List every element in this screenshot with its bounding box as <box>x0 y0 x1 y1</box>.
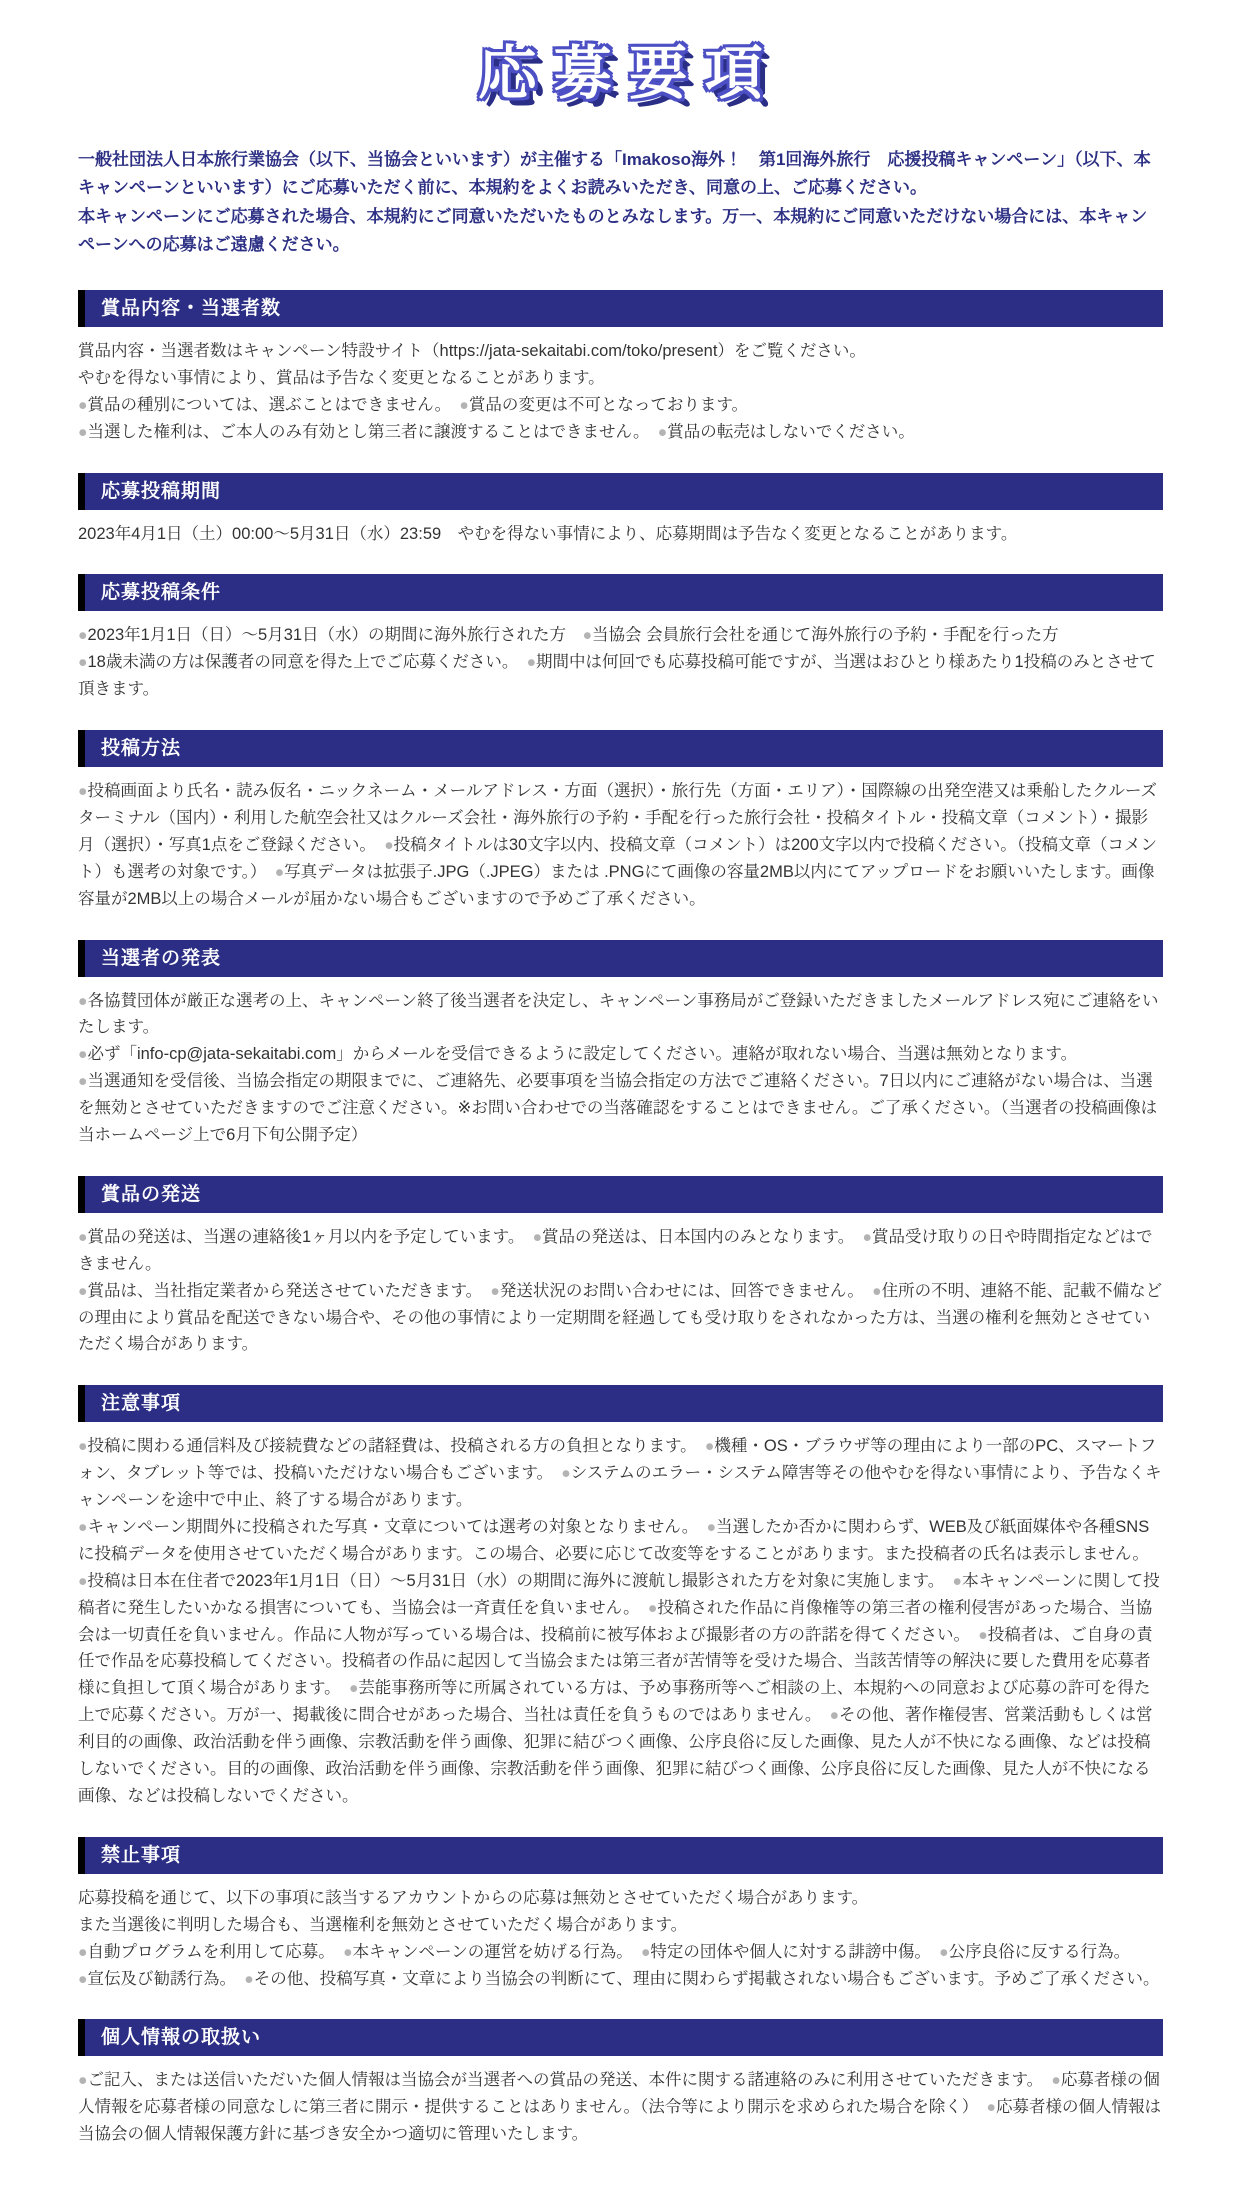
bullet-icon: ● <box>78 993 87 1010</box>
page-title: 応募要項 <box>78 42 1163 106</box>
bullet-icon: ● <box>78 1073 87 1090</box>
section-prize-contents: 賞品内容・当選者数 賞品内容・当選者数はキャンペーン特設サイト（https://… <box>78 290 1163 446</box>
bullet-icon: ● <box>658 424 667 441</box>
section-body: ●ご記入、または送信いただいた個人情報は当協会が当選者への賞品の発送、本件に関す… <box>78 2067 1163 2148</box>
bullet-icon: ● <box>78 1438 87 1455</box>
bullet-icon: ● <box>78 1229 87 1246</box>
section-entry-conditions: 応募投稿条件 ●2023年1月1日（日）～5月31日（水）の期間に海外旅行された… <box>78 574 1163 703</box>
bullet-icon: ● <box>78 2072 87 2089</box>
bullet-icon: ● <box>830 1707 839 1724</box>
bullet-icon: ● <box>78 1573 87 1590</box>
bullet-icon: ● <box>707 1519 716 1536</box>
section-body: 2023年4月1日（土）00:00～5月31日（水）23:59 やむを得ない事情… <box>78 521 1163 548</box>
bullet-icon: ● <box>533 1229 542 1246</box>
bullet-icon: ● <box>527 654 536 671</box>
section-body: ●投稿に関わる通信料及び接続費などの諸経費は、投稿される方の負担となります。 ●… <box>78 1433 1163 1809</box>
section-personal-info: 個人情報の取扱い ●ご記入、または送信いただいた個人情報は当協会が当選者への賞品… <box>78 2019 1163 2148</box>
bullet-icon: ● <box>490 1283 499 1300</box>
section-cautions: 注意事項 ●投稿に関わる通信料及び接続費などの諸経費は、投稿される方の負担となり… <box>78 1385 1163 1809</box>
bullet-icon: ● <box>78 1046 87 1063</box>
bullet-icon: ● <box>78 1283 87 1300</box>
bullet-icon: ● <box>705 1438 714 1455</box>
section-prohibited-matters: 禁止事項 応募投稿を通じて、以下の事項に該当するアカウントからの応募は無効とさせ… <box>78 1837 1163 1993</box>
section-heading-bar: 当選者の発表 <box>78 940 1163 977</box>
bullet-icon: ● <box>275 864 284 881</box>
bullet-icon: ● <box>78 783 87 800</box>
bullet-icon: ● <box>78 1971 87 1988</box>
section-heading-bar: 応募投稿条件 <box>78 574 1163 611</box>
section-heading-bar: 禁止事項 <box>78 1837 1163 1874</box>
bullet-icon: ● <box>244 1971 253 1988</box>
bullet-icon: ● <box>343 1944 352 1961</box>
section-body: ●2023年1月1日（日）～5月31日（水）の期間に海外旅行された方 ●当協会 … <box>78 622 1163 703</box>
section-heading-bar: 賞品内容・当選者数 <box>78 290 1163 327</box>
section-heading-bar: 個人情報の取扱い <box>78 2019 1163 2056</box>
bullet-icon: ● <box>459 397 468 414</box>
section-prize-shipping: 賞品の発送 ●賞品の発送は、当選の連絡後1ヶ月以内を予定しています。 ●賞品の発… <box>78 1176 1163 1358</box>
section-title: 個人情報の取扱い <box>101 2028 261 2047</box>
bullet-icon: ● <box>862 1229 871 1246</box>
section-winner-announcement: 当選者の発表 ●各協賛団体が厳正な選考の上、キャンペーン終了後当選者を決定し、キ… <box>78 940 1163 1149</box>
bullet-icon: ● <box>987 2099 996 2116</box>
bullet-icon: ● <box>78 424 87 441</box>
application-guidelines-page: 応募要項 一般社団法人日本旅行業協会（以下、当協会といいます）が主催する「Ima… <box>0 0 1241 2205</box>
section-entry-period: 応募投稿期間 2023年4月1日（土）00:00～5月31日（水）23:59 や… <box>78 473 1163 548</box>
section-body: 賞品内容・当選者数はキャンペーン特設サイト（https://jata-sekai… <box>78 338 1163 446</box>
bullet-icon: ● <box>939 1944 948 1961</box>
section-body: 応募投稿を通じて、以下の事項に該当するアカウントからの応募は無効とさせていただく… <box>78 1885 1163 1993</box>
section-heading-bar: 投稿方法 <box>78 730 1163 767</box>
bullet-icon: ● <box>641 1944 650 1961</box>
bullet-icon: ● <box>583 627 592 644</box>
section-title: 当選者の発表 <box>101 949 221 968</box>
bullet-icon: ● <box>78 627 87 644</box>
bullet-icon: ● <box>1051 2072 1060 2089</box>
section-heading-bar: 賞品の発送 <box>78 1176 1163 1213</box>
bullet-icon: ● <box>78 1944 87 1961</box>
bullet-icon: ● <box>78 397 87 414</box>
section-heading-bar: 応募投稿期間 <box>78 473 1163 510</box>
bullet-icon: ● <box>978 1627 987 1644</box>
bullet-icon: ● <box>384 837 393 854</box>
section-title: 応募投稿期間 <box>101 482 221 501</box>
section-title: 応募投稿条件 <box>101 583 221 602</box>
section-title: 禁止事項 <box>101 1846 181 1865</box>
bullet-icon: ● <box>349 1680 358 1697</box>
bullet-icon: ● <box>561 1465 570 1482</box>
section-how-to-post: 投稿方法 ●投稿画面より氏名・読み仮名・ニックネーム・メールアドレス・方面（選択… <box>78 730 1163 912</box>
section-title: 注意事項 <box>101 1394 181 1413</box>
section-heading-bar: 注意事項 <box>78 1385 1163 1422</box>
bullet-icon: ● <box>953 1573 962 1590</box>
section-title: 賞品の発送 <box>101 1185 201 1204</box>
section-body: ●投稿画面より氏名・読み仮名・ニックネーム・メールアドレス・方面（選択）・旅行先… <box>78 778 1163 912</box>
bullet-icon: ● <box>78 654 87 671</box>
bullet-icon: ● <box>872 1283 881 1300</box>
intro-paragraph: 一般社団法人日本旅行業協会（以下、当協会といいます）が主催する「Imakoso海… <box>78 146 1163 260</box>
section-body: ●各協賛団体が厳正な選考の上、キャンペーン終了後当選者を決定し、キャンペーン事務… <box>78 988 1163 1149</box>
bullet-icon: ● <box>648 1600 657 1617</box>
bullet-icon: ● <box>78 1519 87 1536</box>
section-body: ●賞品の発送は、当選の連絡後1ヶ月以内を予定しています。 ●賞品の発送は、日本国… <box>78 1224 1163 1358</box>
section-title: 賞品内容・当選者数 <box>101 299 281 318</box>
section-title: 投稿方法 <box>101 739 181 758</box>
